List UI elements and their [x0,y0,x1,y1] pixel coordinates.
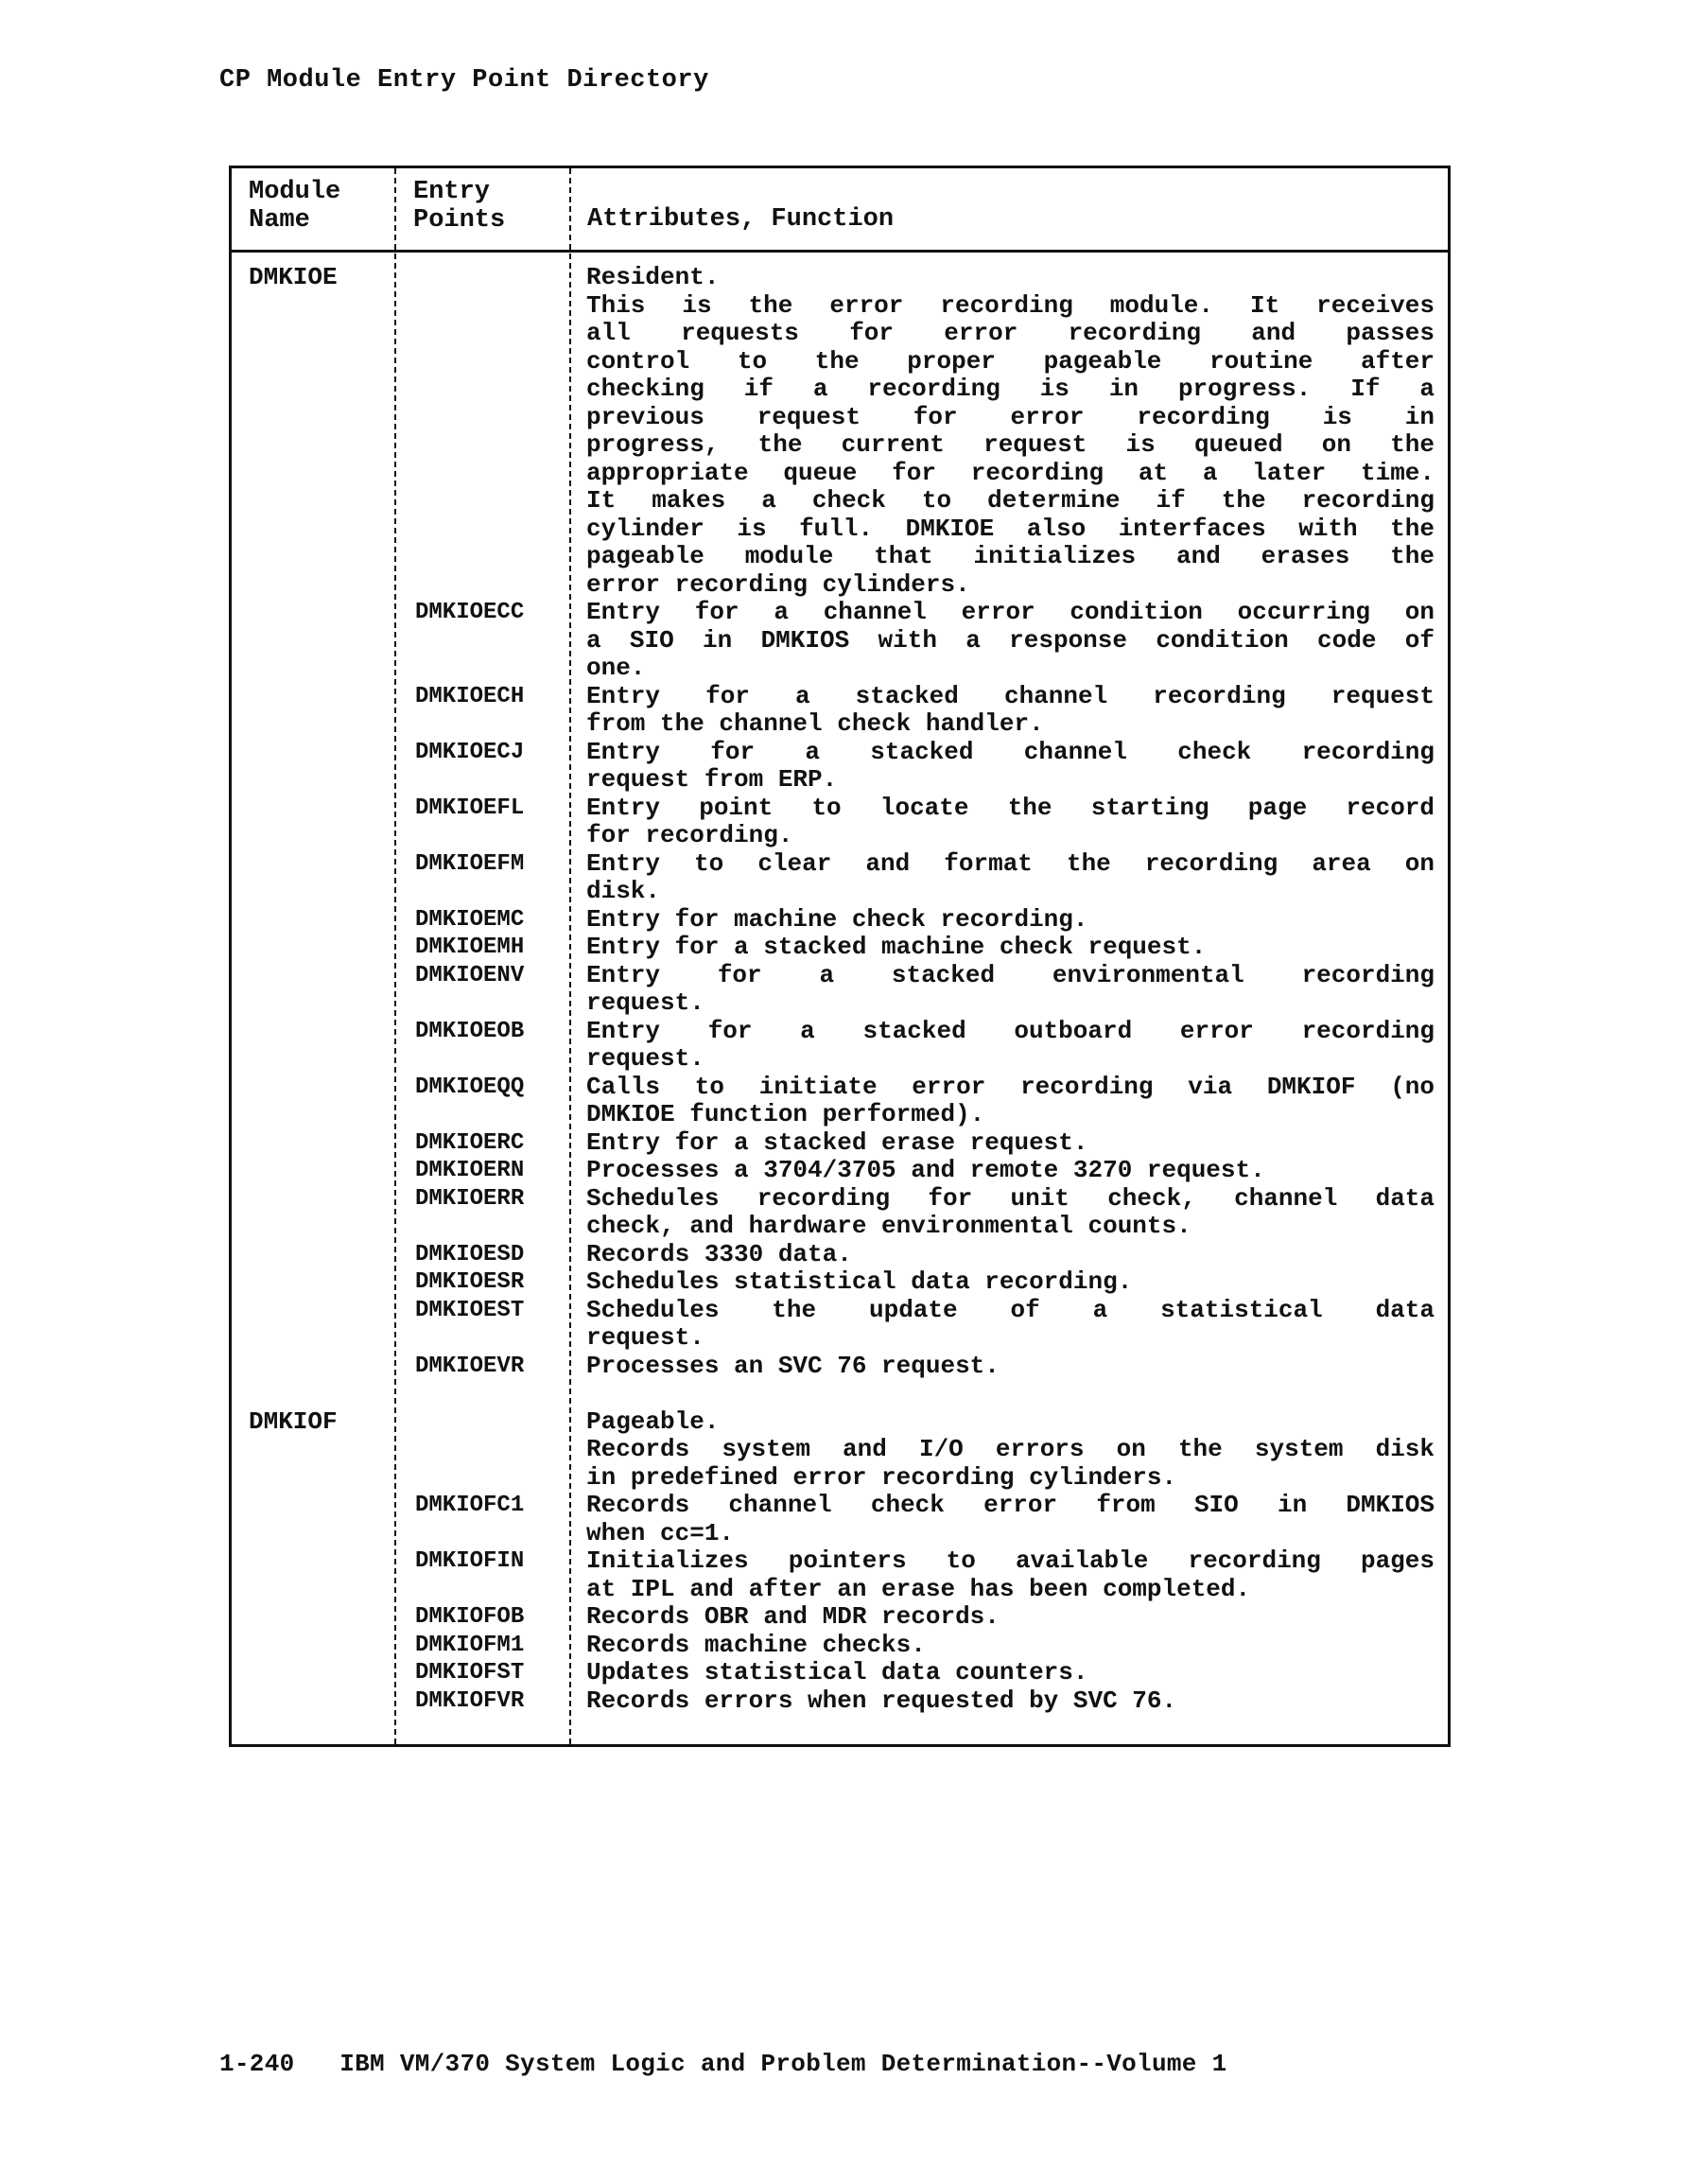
header-divider [232,250,1448,253]
function-cell: Resident. [569,264,1448,292]
table-body: DMKIOEResident.This is the error recordi… [232,264,1448,1715]
entry-point-cell: DMKIOEOB [394,1018,569,1046]
table-row: DMKIOEFLEntry point to locate the starti… [232,795,1448,850]
table-row: DMKIOESRSchedules statistical data recor… [232,1268,1448,1297]
function-text-line: appropriate queue for recording at a lat… [586,460,1435,488]
page-title: CP Module Entry Point Directory [219,66,709,95]
table-row: DMKIOFINInitializes pointers to availabl… [232,1547,1448,1603]
function-text-line: Entry to clear and format the recording … [586,850,1435,879]
entry-point-cell: DMKIOEMC [394,906,569,935]
function-text-line: Records 3330 data. [586,1241,1435,1269]
entry-point-cell: DMKIOESR [394,1268,569,1297]
entry-point-cell: DMKIOERC [394,1129,569,1158]
function-text-line: request. [586,989,1435,1018]
entry-point-cell: DMKIOESD [394,1241,569,1269]
table-row: DMKIOERCEntry for a stacked erase reques… [232,1129,1448,1158]
entry-point-cell: DMKIOECJ [394,739,569,767]
function-text-line: Entry for a stacked machine check reques… [586,934,1435,962]
entry-point-cell: DMKIOEQQ [394,1074,569,1102]
entry-point-cell: DMKIOFM1 [394,1632,569,1660]
table-row: This is the error recording module. It r… [232,292,1448,600]
function-text-line: cylinder is full. DMKIOE also interfaces… [586,515,1435,544]
table-row: DMKIOEVRProcesses an SVC 76 request. [232,1353,1448,1381]
table-row: DMKIOEMCEntry for machine check recordin… [232,906,1448,935]
entry-point-cell: DMKIOFC1 [394,1492,569,1520]
function-text-line: DMKIOE function performed). [586,1101,1435,1129]
header-entry-line1: Entry [413,179,505,207]
function-cell: Entry for a stacked outboard error recor… [569,1018,1448,1074]
header-module-line2: Name [249,207,340,236]
function-text-line: Schedules the update of a statistical da… [586,1297,1435,1325]
function-text-line: pageable module that initializes and era… [586,543,1435,571]
function-text-line: Updates statistical data counters. [586,1659,1435,1687]
function-cell: Records OBR and MDR records. [569,1603,1448,1632]
function-cell: Entry point to locate the starting page … [569,795,1448,850]
function-text-line: error recording cylinders. [586,571,1435,600]
header-entry-line2: Points [413,207,505,236]
function-text-line: all requests for error recording and pas… [586,320,1435,348]
module-separator [232,1380,1448,1408]
entry-point-cell: DMKIOEFL [394,795,569,823]
function-cell: Entry for a stacked machine check reques… [569,934,1448,962]
table-row: DMKIOFVRRecords errors when requested by… [232,1687,1448,1716]
function-text-line: Processes an SVC 76 request. [586,1353,1435,1381]
table-row: DMKIOEQQCalls to initiate error recordin… [232,1074,1448,1129]
table-row: DMKIOECJEntry for a stacked channel chec… [232,739,1448,795]
function-cell: Pageable. [569,1408,1448,1437]
table-row: DMKIOENVEntry for a stacked environmenta… [232,962,1448,1018]
function-cell: Entry for machine check recording. [569,906,1448,935]
function-text-line: Records machine checks. [586,1632,1435,1660]
entry-point-cell: DMKIOEMH [394,934,569,962]
function-text-line: request from ERP. [586,766,1435,795]
function-text-line: check, and hardware environmental counts… [586,1213,1435,1241]
function-text-line: Calls to initiate error recording via DM… [586,1074,1435,1102]
header-module-line1: Module [249,179,340,207]
table-row: DMKIOEResident. [232,264,1448,292]
function-text-line: Records OBR and MDR records. [586,1603,1435,1632]
entry-point-cell: DMKIOFST [394,1659,569,1687]
function-text-line: It makes a check to determine if the rec… [586,487,1435,515]
entry-point-cell: DMKIOEFM [394,850,569,879]
function-cell: Records system and I/O errors on the sys… [569,1436,1448,1492]
module-name-cell: DMKIOE [232,264,394,292]
function-text-line: Entry for a stacked channel recording re… [586,683,1435,711]
function-text-line: one. [586,655,1435,683]
function-text-line: Entry for a channel error condition occu… [586,599,1435,627]
function-text-line: Pageable. [586,1408,1435,1437]
function-text-line: Processes a 3704/3705 and remote 3270 re… [586,1157,1435,1185]
function-cell: Entry for a stacked environmental record… [569,962,1448,1018]
table-row: DMKIOEMHEntry for a stacked machine chec… [232,934,1448,962]
function-cell: Schedules recording for unit check, chan… [569,1185,1448,1241]
table-row: DMKIOFSTUpdates statistical data counter… [232,1659,1448,1687]
function-cell: Processes an SVC 76 request. [569,1353,1448,1381]
table-row: DMKIOERRSchedules recording for unit che… [232,1185,1448,1241]
function-cell: Entry for a stacked channel check record… [569,739,1448,795]
function-cell: Initializes pointers to available record… [569,1547,1448,1603]
function-text-line: Entry for a stacked outboard error recor… [586,1018,1435,1046]
entry-point-cell: DMKIOEVR [394,1353,569,1381]
function-text-line: Records system and I/O errors on the sys… [586,1436,1435,1464]
function-text-line: disk. [586,878,1435,906]
table-row: DMKIOESDRecords 3330 data. [232,1241,1448,1269]
function-text-line: for recording. [586,822,1435,850]
function-text-line: Entry for machine check recording. [586,906,1435,935]
function-cell: Schedules the update of a statistical da… [569,1297,1448,1353]
entry-point-cell: DMKIOFIN [394,1547,569,1576]
entry-point-cell: DMKIOECC [394,599,569,627]
function-text-line: Entry point to locate the starting page … [586,795,1435,823]
function-text-line: This is the error recording module. It r… [586,292,1435,321]
function-text-line: at IPL and after an erase has been compl… [586,1576,1435,1604]
header-attributes-function: Attributes, Function [587,206,894,235]
table-row: DMKIOECHEntry for a stacked channel reco… [232,683,1448,739]
function-text-line: control to the proper pageable routine a… [586,348,1435,376]
function-text-line: request. [586,1324,1435,1353]
entry-point-cell: DMKIOEST [394,1297,569,1325]
module-name-cell: DMKIOF [232,1408,394,1437]
function-cell: Calls to initiate error recording via DM… [569,1074,1448,1129]
entry-point-table: Module Name Entry Points Attributes, Fun… [229,166,1451,1747]
function-cell: Records 3330 data. [569,1241,1448,1269]
entry-point-cell: DMKIOENV [394,962,569,990]
function-text-line: Entry for a stacked erase request. [586,1129,1435,1158]
table-row: DMKIOECCEntry for a channel error condit… [232,599,1448,683]
table-row: DMKIOFPageable. [232,1408,1448,1437]
function-cell: Entry to clear and format the recording … [569,850,1448,906]
function-cell: Entry for a stacked channel recording re… [569,683,1448,739]
function-cell: Entry for a channel error condition occu… [569,599,1448,683]
function-text-line: progress, the current request is queued … [586,431,1435,460]
entry-point-cell: DMKIOECH [394,683,569,711]
function-cell: Records machine checks. [569,1632,1448,1660]
function-text-line: Records channel check error from SIO in … [586,1492,1435,1520]
entry-point-cell: DMKIOERR [394,1185,569,1214]
table-row: DMKIOERNProcesses a 3704/3705 and remote… [232,1157,1448,1185]
function-cell: Records errors when requested by SVC 76. [569,1687,1448,1716]
header-entry-points: Entry Points [413,179,505,235]
function-text-line: in predefined error recording cylinders. [586,1464,1435,1493]
function-text-line: Resident. [586,264,1435,292]
table-row: DMKIOEFMEntry to clear and format the re… [232,850,1448,906]
function-cell: Schedules statistical data recording. [569,1268,1448,1297]
function-text-line: Entry for a stacked channel check record… [586,739,1435,767]
entry-point-cell: DMKIOFVR [394,1687,569,1716]
function-text-line: when cc=1. [586,1520,1435,1548]
table-row: DMKIOEOBEntry for a stacked outboard err… [232,1018,1448,1074]
function-text-line: a SIO in DMKIOS with a response conditio… [586,627,1435,655]
table-row: DMKIOFC1Records channel check error from… [232,1492,1448,1547]
function-text-line: request. [586,1045,1435,1074]
function-cell: Entry for a stacked erase request. [569,1129,1448,1158]
function-text-line: Schedules recording for unit check, chan… [586,1185,1435,1214]
function-cell: Records channel check error from SIO in … [569,1492,1448,1547]
function-text-line: from the channel check handler. [586,710,1435,739]
function-cell: This is the error recording module. It r… [569,292,1448,600]
function-text-line: Entry for a stacked environmental record… [586,962,1435,990]
entry-point-cell: DMKIOERN [394,1157,569,1185]
header-module-name: Module Name [249,179,340,235]
entry-point-cell: DMKIOFOB [394,1603,569,1632]
function-text-line: Schedules statistical data recording. [586,1268,1435,1297]
function-text-line: previous request for error recording is … [586,404,1435,432]
function-text-line: Records errors when requested by SVC 76. [586,1687,1435,1716]
function-text-line: Initializes pointers to available record… [586,1547,1435,1576]
function-cell: Processes a 3704/3705 and remote 3270 re… [569,1157,1448,1185]
function-cell: Updates statistical data counters. [569,1659,1448,1687]
table-row: Records system and I/O errors on the sys… [232,1436,1448,1492]
function-text-line: checking if a recording is in progress. … [586,376,1435,404]
table-row: DMKIOFOBRecords OBR and MDR records. [232,1603,1448,1632]
page-footer: 1-240 IBM VM/370 System Logic and Proble… [219,2050,1226,2078]
table-row: DMKIOFM1Records machine checks. [232,1632,1448,1660]
table-row: DMKIOESTSchedules the update of a statis… [232,1297,1448,1353]
